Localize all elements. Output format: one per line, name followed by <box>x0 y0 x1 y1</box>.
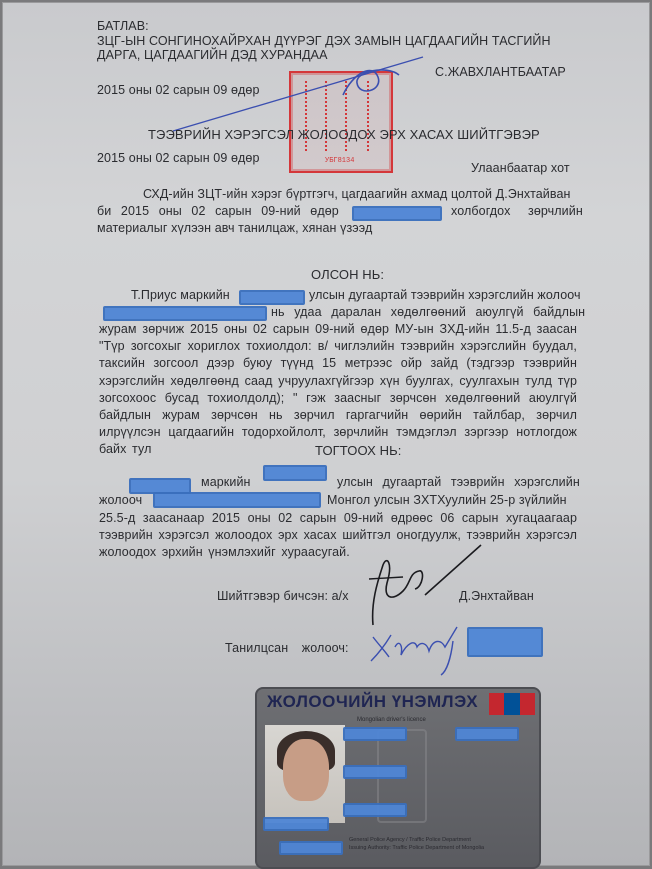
acknowledged-label: Танилцсан жолооч: <box>225 641 349 655</box>
document-date: 2015 оны 02 сарын 09 өдөр <box>97 151 260 165</box>
found-line-1b: улсын дугаартай тээврийн хэрэгслийн жоло… <box>309 288 581 302</box>
driver-signature <box>367 617 477 677</box>
license-subtitle: Mongolian driver's licence <box>357 717 426 723</box>
intro-line-2a: би 2015 оны 02 сарын 09-ний өдөр <box>97 204 339 218</box>
redaction-box <box>343 727 407 741</box>
license-footer-2: Issuing Authority: Traffic Police Depart… <box>349 845 484 851</box>
intro-line-3: материалыг хүлээн авч танилцаж, хянан үз… <box>97 221 372 235</box>
document-city: Улаанбаатар хот <box>471 161 570 175</box>
approver-line-1: ЗЦГ-ЫН СОНГИНОХАЙРХАН ДҮҮРЭГ ДЭХ ЗАМЫН Ц… <box>97 34 551 48</box>
intro-line-1: СХД-ийн ЗЦТ-ийн хэрэг бүртгэгч, цагдааги… <box>143 187 571 201</box>
found-line-2b: нь удаа даралан хөдөлгөөний аюулгүй байд… <box>271 305 585 319</box>
license-photo <box>265 725 345 823</box>
document-page: БАТЛАВ: ЗЦГ-ЫН СОНГИНОХАЙРХАН ДҮҮРЭГ ДЭХ… <box>2 2 650 866</box>
redaction-box <box>352 206 442 221</box>
decision-line-2b: Монгол улсын ЗХТХуулийн 25-р зүйлийн <box>327 493 567 507</box>
found-body: журам зөрчиж 2015 оны 02 сарын 09-ний өд… <box>99 321 577 459</box>
redaction-box <box>467 627 543 657</box>
drivers-license-card: ЖОЛООЧИЙН ҮНЭМЛЭХ Mongolian driver's lic… <box>255 687 541 869</box>
decision-line-1a: маркийн <box>201 475 251 489</box>
mongolia-flag-icon <box>489 693 535 715</box>
license-title: ЖОЛООЧИЙН ҮНЭМЛЭХ <box>267 692 478 712</box>
decision-line-2a: жолооч <box>99 493 142 507</box>
license-footer-1: General Police Agency / Traffic Police D… <box>349 837 471 843</box>
redaction-box <box>279 841 343 855</box>
redaction-box <box>455 727 519 741</box>
signed-by-label: Шийтгэвэр бичсэн: а/х <box>217 589 349 603</box>
approval-label: БАТЛАВ: <box>97 19 149 33</box>
redaction-box <box>153 492 321 508</box>
document-title: ТЭЭВРИЙН ХЭРЭГСЭЛ ЖОЛООДОХ ЭРХ ХАСАХ ШИЙ… <box>148 127 540 142</box>
redaction-box <box>263 817 329 831</box>
redaction-box <box>343 765 407 779</box>
decision-body: 25.5-д заасанаар 2015 оны 02 сарын 09-ни… <box>99 510 577 562</box>
decision-heading: ТОГТООХ НЬ: <box>315 443 401 458</box>
intro-line-2b: холбогдох зөрчлийн <box>451 204 583 218</box>
redaction-box <box>103 306 267 321</box>
signed-by-name: Д.Энхтайван <box>459 589 534 603</box>
redaction-box <box>263 465 327 481</box>
redaction-box <box>239 290 305 305</box>
approver-name: С.ЖАВХЛАНТБААТАР <box>435 65 566 79</box>
decision-line-1b: улсын дугаартай тээврийн хэрэгслийн <box>337 475 580 489</box>
stamp-number: УБГ8134 <box>325 157 354 165</box>
found-heading: ОЛСОН НЬ: <box>311 267 384 282</box>
found-line-1a: Т.Приус маркийн <box>131 288 230 302</box>
redaction-box <box>343 803 407 817</box>
